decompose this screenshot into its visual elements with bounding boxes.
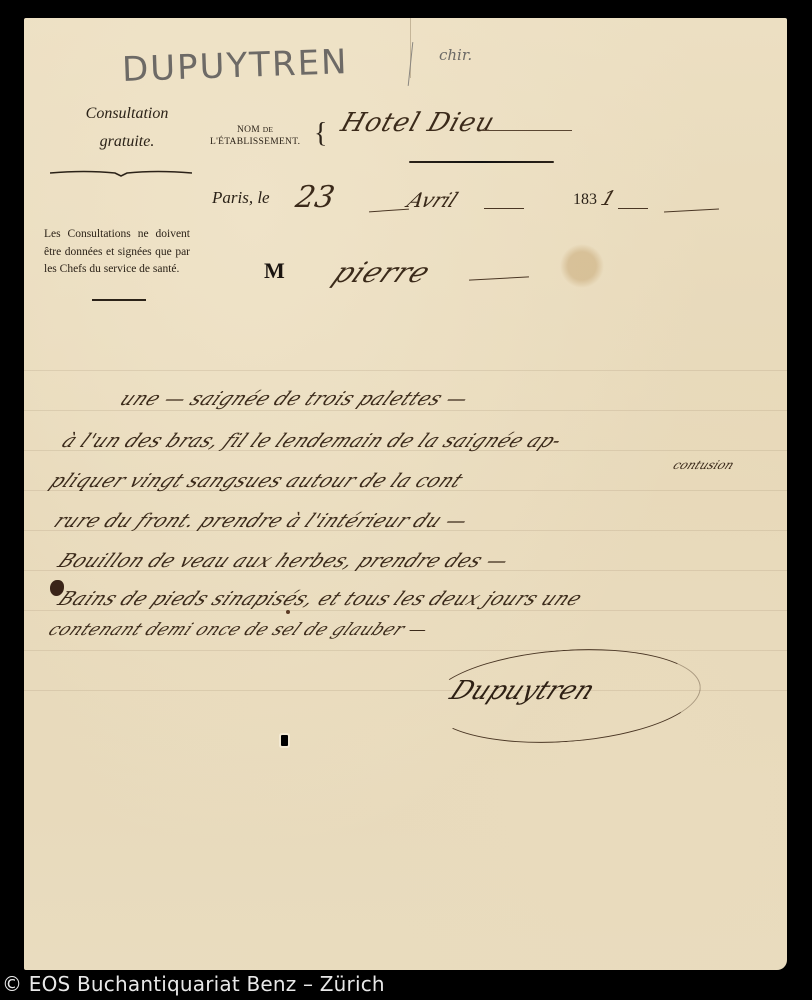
header-rule bbox=[409, 161, 554, 163]
prescription-line: à l'un des bras, fil le lendemain de la … bbox=[58, 430, 567, 452]
document-page: DUPUYTREN chir. Consultation gratuite. L… bbox=[24, 18, 787, 970]
ruled-line bbox=[24, 650, 787, 651]
fill-line bbox=[482, 130, 572, 131]
date-year-printed: 183 bbox=[573, 191, 597, 209]
fill-line bbox=[664, 209, 719, 213]
date-day: 23 bbox=[293, 180, 337, 215]
pencil-note: chir. bbox=[439, 46, 472, 64]
form-title-line2: gratuite. bbox=[52, 128, 202, 156]
insertion-note: contusion bbox=[671, 458, 737, 472]
pencil-annotation: DUPUYTREN bbox=[121, 42, 349, 90]
ink-stain bbox=[286, 610, 290, 614]
prescription-line: pliquer vingt sangsues autour de la cont bbox=[46, 470, 468, 492]
fill-line bbox=[484, 208, 524, 209]
establishment-label: NOM DE L'ÉTABLISSEMENT. bbox=[210, 124, 300, 148]
notice-text: Les Consultations ne doivent être donnée… bbox=[44, 226, 190, 279]
image-credit: © EOS Buchantiquariat Benz – Zürich bbox=[2, 972, 385, 996]
place-label: Paris, le bbox=[212, 188, 270, 208]
prescription-line: Bouillon de veau aux herbes, prendre des… bbox=[54, 550, 514, 572]
prescription-line: rure du front. prendre à l'intérieur du … bbox=[50, 510, 473, 532]
notice-rule bbox=[92, 299, 146, 301]
establishment-value: Hotel Dieu bbox=[337, 108, 499, 138]
brace-icon: { bbox=[314, 120, 327, 148]
recipient-prefix: M bbox=[264, 258, 285, 284]
signature: Dupuytren bbox=[445, 676, 600, 706]
form-title: Consultation gratuite. bbox=[52, 100, 202, 156]
fill-line bbox=[618, 208, 648, 209]
ornament-divider-icon bbox=[50, 168, 192, 178]
date-month: Avril bbox=[403, 188, 461, 212]
form-title-line1: Consultation bbox=[52, 100, 202, 128]
prescription-line: Bains de pieds sinapisés, et tous les de… bbox=[54, 588, 587, 610]
ruled-line bbox=[24, 610, 787, 611]
prescription-line: contenant demi once de sel de glauber — bbox=[44, 620, 432, 640]
ruled-line bbox=[24, 410, 787, 411]
date-year-handwritten: 1 bbox=[598, 186, 619, 210]
ruled-line bbox=[24, 370, 787, 371]
recipient-name: pierre bbox=[327, 256, 437, 289]
fill-line bbox=[469, 276, 529, 280]
prescription-line: une — saignée de trois palettes — bbox=[116, 388, 474, 410]
paper-hole bbox=[281, 735, 288, 746]
